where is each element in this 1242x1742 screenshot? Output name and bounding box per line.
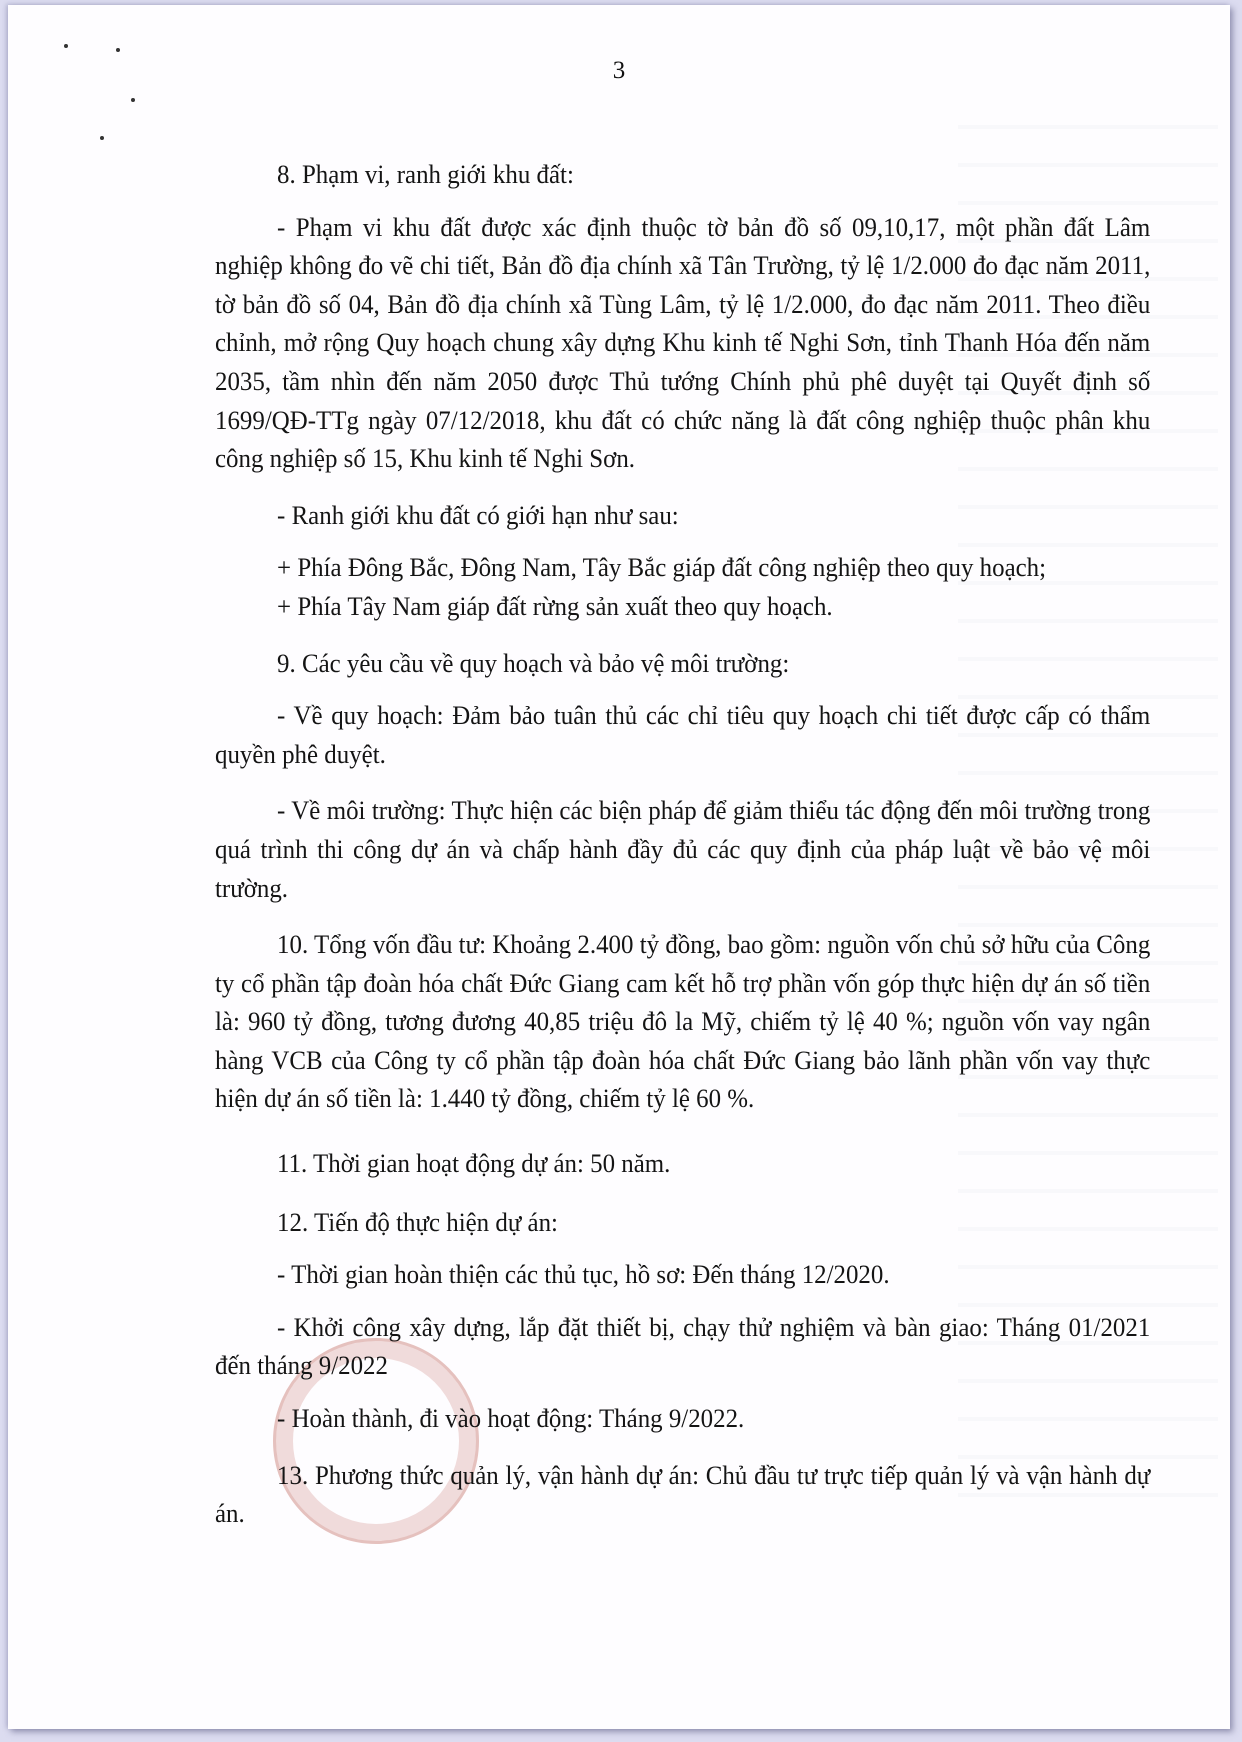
- document-body: 8. Phạm vi, ranh giới khu đất: - Phạm vi…: [215, 155, 1150, 1533]
- section-8-boundary-1: + Phía Đông Bắc, Đông Nam, Tây Bắc giáp …: [215, 548, 1150, 587]
- section-12-item-2: - Khởi công xây dựng, lắp đặt thiết bị, …: [215, 1308, 1150, 1385]
- scan-speck: [64, 44, 68, 48]
- section-8-scope: - Phạm vi khu đất được xác định thuộc tờ…: [215, 208, 1150, 478]
- section-9-environment: - Về môi trường: Thực hiện các biện pháp…: [215, 791, 1150, 907]
- section-12-item-3: - Hoàn thành, đi vào hoạt động: Tháng 9/…: [215, 1399, 1150, 1438]
- section-8-boundary-intro: - Ranh giới khu đất có giới hạn như sau:: [215, 496, 1150, 535]
- section-8-heading: 8. Phạm vi, ranh giới khu đất:: [215, 155, 1150, 194]
- page-number: 3: [8, 57, 1230, 85]
- section-8-boundary-2: + Phía Tây Nam giáp đất rừng sản xuất th…: [215, 587, 1150, 626]
- section-10-investment: 10. Tổng vốn đầu tư: Khoảng 2.400 tỷ đồn…: [215, 925, 1150, 1118]
- scan-speck: [100, 136, 104, 140]
- section-9-planning: - Về quy hoạch: Đảm bảo tuân thủ các chỉ…: [215, 696, 1150, 773]
- document-page: 3 8. Phạm vi, ranh giới khu đất: - Phạm …: [8, 5, 1230, 1729]
- scan-speck: [116, 48, 120, 52]
- section-12-item-1: - Thời gian hoàn thiện các thủ tục, hồ s…: [215, 1255, 1150, 1294]
- scan-speck: [131, 98, 135, 102]
- section-13-management: 13. Phương thức quản lý, vận hành dự án:…: [215, 1456, 1150, 1533]
- section-11-duration: 11. Thời gian hoạt động dự án: 50 năm.: [215, 1144, 1150, 1183]
- section-12-heading: 12. Tiến độ thực hiện dự án:: [215, 1203, 1150, 1242]
- section-9-heading: 9. Các yêu cầu về quy hoạch và bảo vệ mô…: [215, 644, 1150, 683]
